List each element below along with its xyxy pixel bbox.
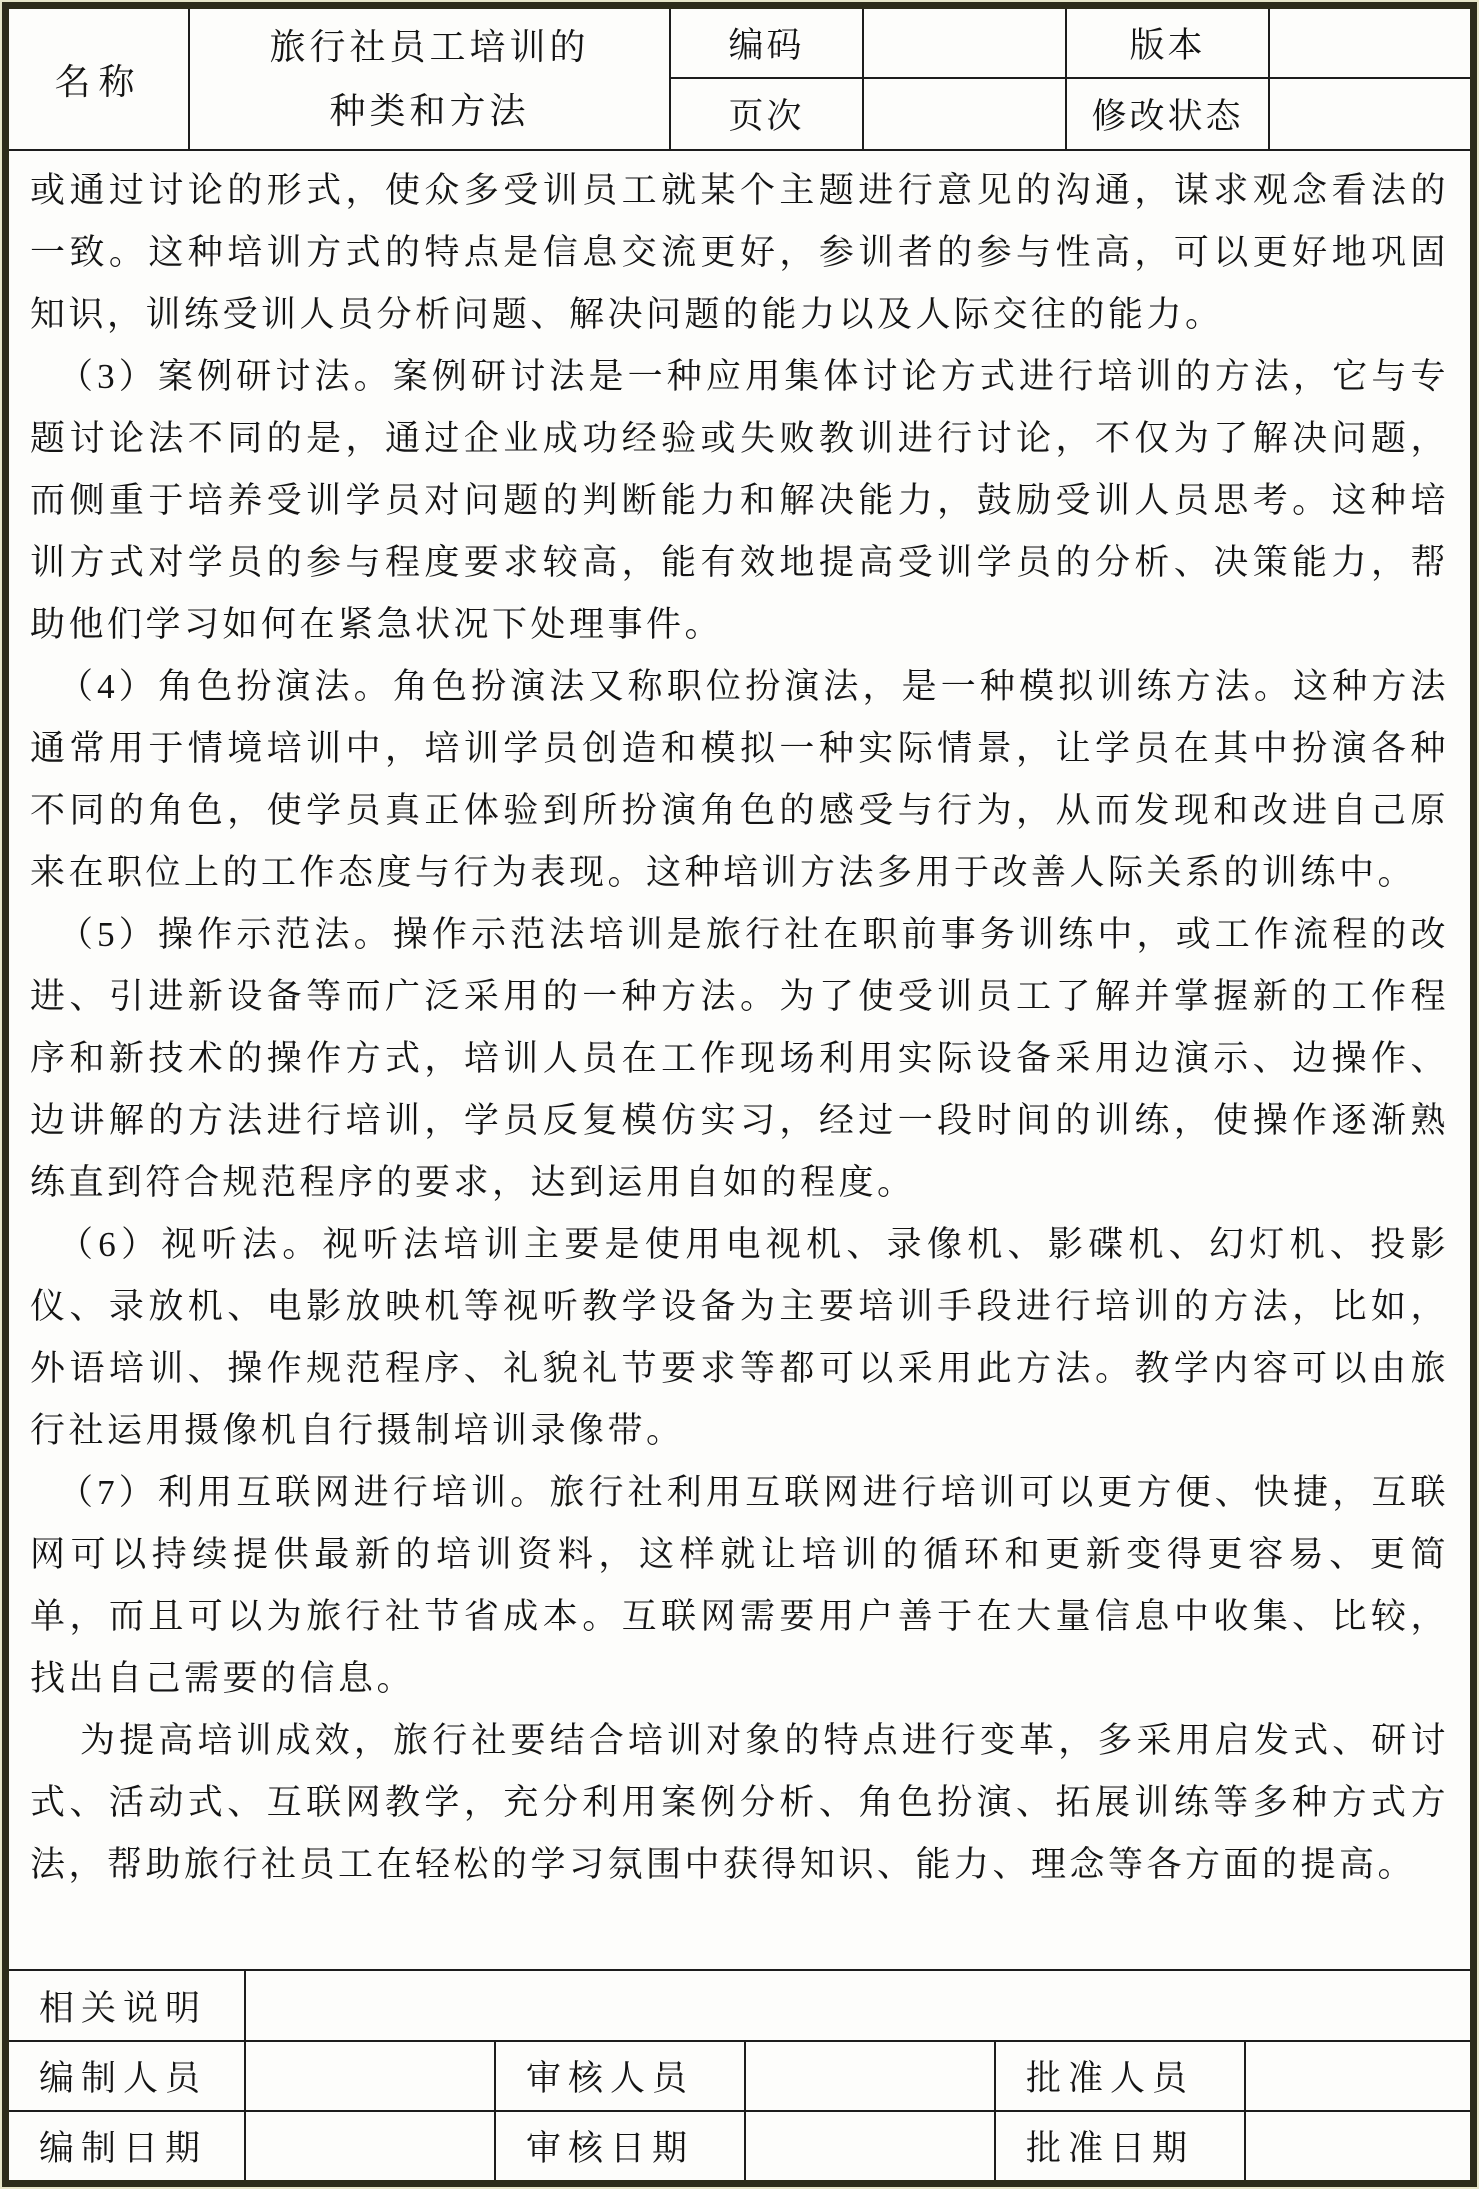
body-paragraph: 或通过讨论的形式，使众多受训员工就某个主题进行意见的沟通，谋求观念看法的一致。这… — [30, 160, 1449, 346]
scanned-document: { "doc": { "header": { "name": { "label"… — [0, 0, 1479, 2189]
reviewer-value-cell — [746, 2042, 996, 2112]
approver-label: 批准人员 — [1026, 2051, 1194, 2101]
name-label: 名称 — [54, 54, 142, 105]
document-page: 名称 旅行社员工培训的 种类和方法 编码 版本 页次 修改状态 — [2, 2, 1477, 2187]
body-paragraph: （6）视听法。视听法培训主要是使用电视机、录像机、影碟机、幻灯机、投影仪、录放机… — [30, 1214, 1449, 1462]
review-date-value-cell — [746, 2112, 996, 2180]
revision-value-cell — [1270, 79, 1470, 149]
document-title-cell: 旅行社员工培训的 种类和方法 — [190, 9, 671, 149]
document-title-line1: 旅行社员工培训的 — [269, 15, 589, 79]
compiler-label: 编制人员 — [39, 2051, 207, 2101]
version-label: 版本 — [1129, 18, 1205, 68]
page-label-cell: 页次 — [671, 79, 864, 149]
footer-table: 相关说明 编制人员 审核人员 批准人员 编制日期 审核日期 — [9, 1969, 1470, 2180]
approver-label-cell: 批准人员 — [996, 2042, 1246, 2112]
code-label: 编码 — [728, 18, 804, 68]
approve-date-label: 批准日期 — [1026, 2121, 1194, 2171]
body-paragraph: 为提高培训成效，旅行社要结合培训对象的特点进行变革，多采用启发式、研讨式、活动式… — [30, 1710, 1449, 1896]
body-paragraph: （3）案例研讨法。案例研讨法是一种应用集体讨论方式进行培训的方法，它与专题讨论法… — [30, 346, 1449, 656]
compile-date-label: 编制日期 — [39, 2121, 207, 2171]
compiler-value-cell — [246, 2042, 496, 2112]
code-label-cell: 编码 — [671, 9, 864, 79]
document-title-line2: 种类和方法 — [329, 79, 529, 143]
review-date-label-cell: 审核日期 — [496, 2112, 746, 2180]
notes-value-cell — [246, 1971, 1470, 2042]
compile-date-label-cell: 编制日期 — [9, 2112, 246, 2180]
version-value-cell — [1270, 9, 1470, 79]
approve-date-label-cell: 批准日期 — [996, 2112, 1246, 2180]
document-body: 或通过讨论的形式，使众多受训员工就某个主题进行意见的沟通，谋求观念看法的一致。这… — [9, 151, 1470, 1969]
approve-date-value-cell — [1246, 2112, 1470, 2180]
notes-label-cell: 相关说明 — [9, 1971, 246, 2042]
reviewer-label-cell: 审核人员 — [496, 2042, 746, 2112]
page-value-cell — [864, 79, 1067, 149]
revision-label-cell: 修改状态 — [1067, 79, 1270, 149]
compile-date-value-cell — [246, 2112, 496, 2180]
header-table: 名称 旅行社员工培训的 种类和方法 编码 版本 页次 修改状态 — [9, 9, 1470, 151]
notes-label: 相关说明 — [39, 1981, 207, 2031]
revision-label: 修改状态 — [1091, 89, 1243, 139]
review-date-label: 审核日期 — [526, 2121, 694, 2171]
approver-value-cell — [1246, 2042, 1470, 2112]
body-paragraph: （4）角色扮演法。角色扮演法又称职位扮演法，是一种模拟训练方法。这种方法通常用于… — [30, 656, 1449, 904]
page-label: 页次 — [728, 89, 804, 139]
name-label-cell: 名称 — [9, 9, 190, 149]
version-label-cell: 版本 — [1067, 9, 1270, 79]
body-paragraph: （5）操作示范法。操作示范法培训是旅行社在职前事务训练中，或工作流程的改进、引进… — [30, 904, 1449, 1214]
code-value-cell — [864, 9, 1067, 79]
compiler-label-cell: 编制人员 — [9, 2042, 246, 2112]
reviewer-label: 审核人员 — [526, 2051, 694, 2101]
body-paragraph: （7）利用互联网进行培训。旅行社利用互联网进行培训可以更方便、快捷，互联网可以持… — [30, 1462, 1449, 1710]
